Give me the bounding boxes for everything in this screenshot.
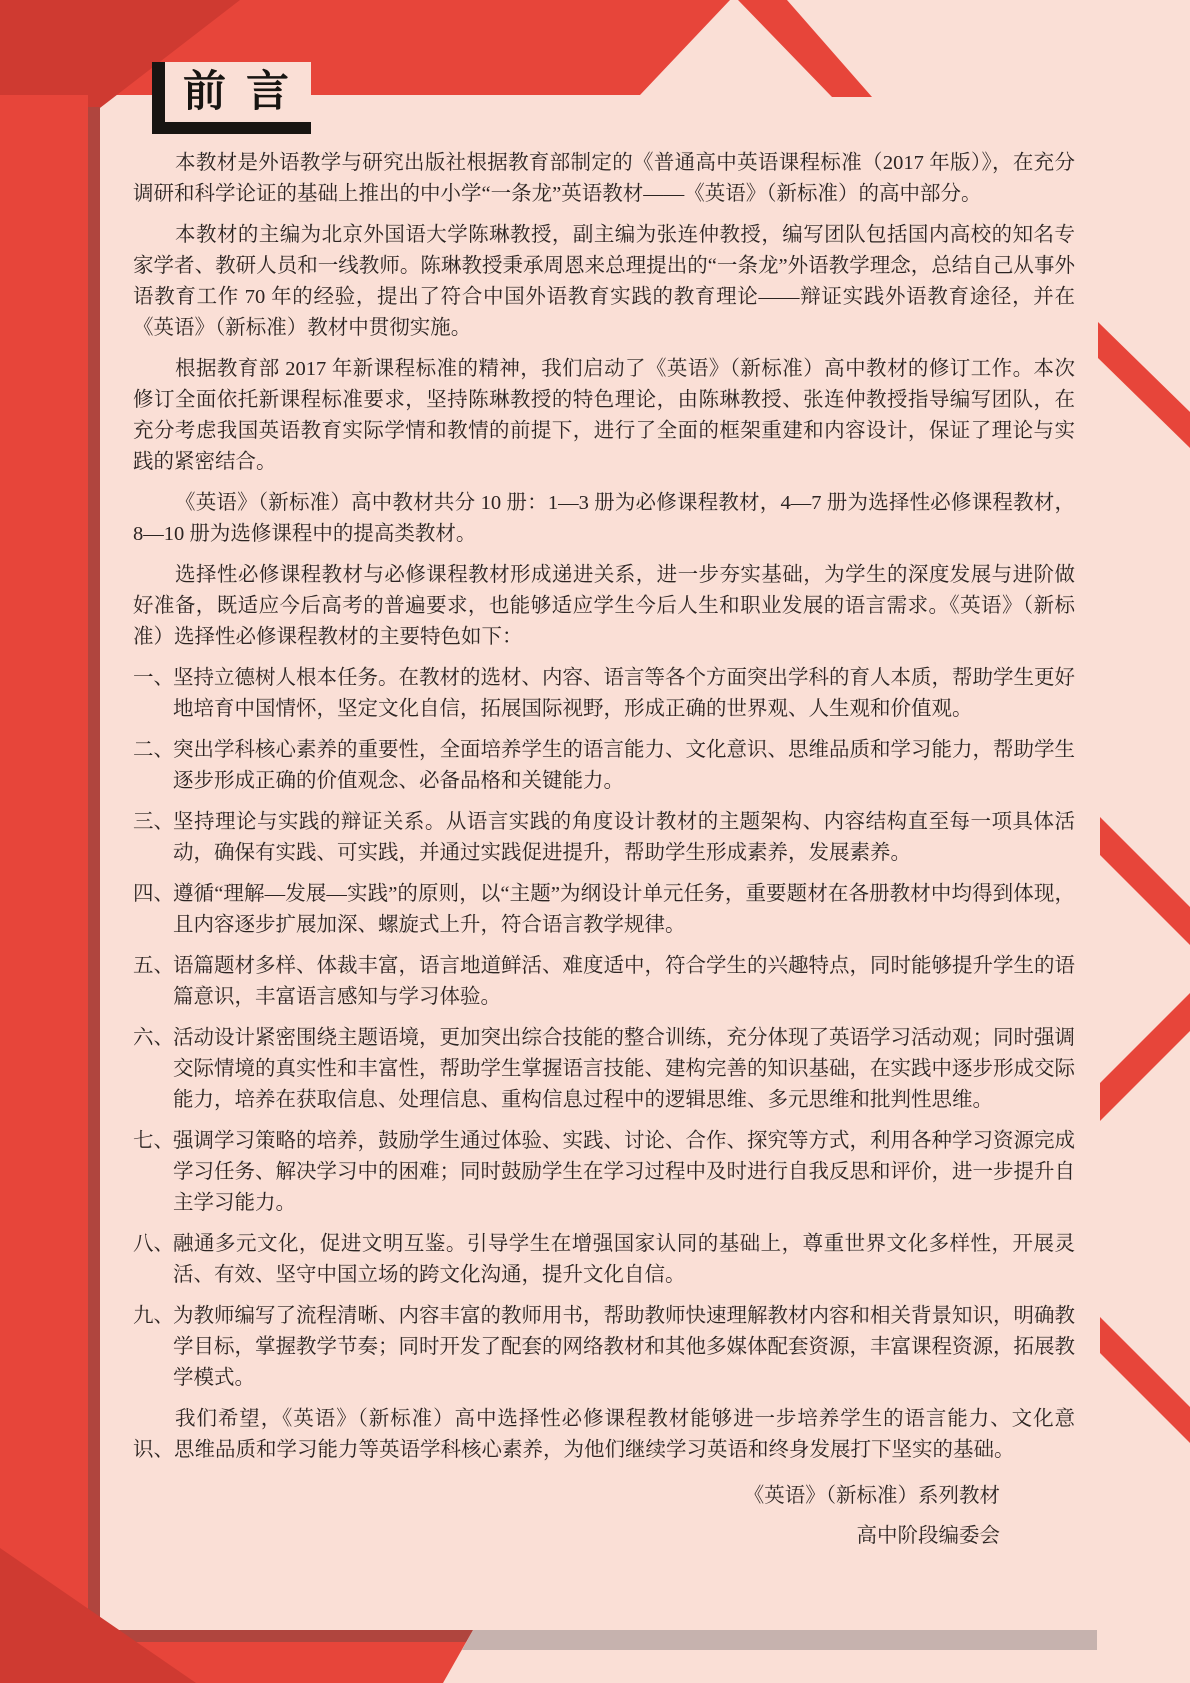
- left-column-shape: [0, 95, 88, 1683]
- left-page-shadow: [88, 107, 100, 1630]
- list-item: 七、 强调学习策略的培养，鼓励学生通过体验、实践、讨论、合作、探究等方式，利用各…: [133, 1126, 1075, 1219]
- list-item-text: 突出学科核心素养的重要性，全面培养学生的语言能力、文化意识、思维品质和学习能力，…: [173, 735, 1075, 797]
- right-stripe-4: [1100, 1317, 1190, 1443]
- list-item-text: 坚持理论与实践的辩证关系。从语言实践的角度设计教材的主题架构、内容结构直至每一项…: [173, 807, 1075, 869]
- list-item-marker: 四、: [133, 879, 173, 941]
- list-item-text: 强调学习策略的培养，鼓励学生通过体验、实践、讨论、合作、探究等方式，利用各种学习…: [173, 1126, 1075, 1219]
- list-item-marker: 七、: [133, 1126, 173, 1219]
- signature-block: 《英语》（新标准）系列教材 高中阶段编委会: [133, 1476, 1075, 1556]
- list-item-marker: 三、: [133, 807, 173, 869]
- paragraph-3: 根据教育部 2017 年新课程标准的精神，我们启动了《英语》（新标准）高中教材的…: [133, 354, 1075, 478]
- list-item-text: 为教师编写了流程清晰、内容丰富的教师用书，帮助教师快速理解教材内容和相关背景知识…: [173, 1301, 1075, 1394]
- list-item-marker: 八、: [133, 1229, 173, 1291]
- page-title: 前 言: [183, 71, 293, 114]
- list-item-marker: 一、: [133, 663, 173, 725]
- bottom-page-shadow-bar: [462, 1630, 1097, 1650]
- list-item: 九、 为教师编写了流程清晰、内容丰富的教师用书，帮助教师快速理解教材内容和相关背…: [133, 1301, 1075, 1394]
- list-item-text: 坚持立德树人根本任务。在教材的选材、内容、语言等各个方面突出学科的育人本质，帮助…: [173, 663, 1075, 725]
- list-item-text: 融通多元文化，促进文明互鉴。引导学生在增强国家认同的基础上，尊重世界文化多样性，…: [173, 1229, 1075, 1291]
- paragraph-5: 选择性必修课程教材与必修课程教材形成递进关系，进一步夯实基础，为学生的深度发展与…: [133, 560, 1075, 653]
- closing-paragraph: 我们希望，《英语》（新标准）高中选择性必修课程教材能够进一步培养学生的语言能力、…: [133, 1404, 1075, 1466]
- list-item: 八、 融通多元文化，促进文明互鉴。引导学生在增强国家认同的基础上，尊重世界文化多…: [133, 1229, 1075, 1291]
- list-item-text: 遵循“理解—发展—实践”的原则，以“主题”为纲设计单元任务，重要题材在各册教材中…: [173, 879, 1075, 941]
- paragraph-2: 本教材的主编为北京外国语大学陈琳教授，副主编为张连仲教授，编写团队包括国内高校的…: [133, 220, 1075, 344]
- signature-line-committee: 高中阶段编委会: [133, 1516, 1000, 1556]
- list-item-marker: 六、: [133, 1023, 173, 1116]
- top-diagonal-stripe: [738, 0, 872, 97]
- list-item-marker: 五、: [133, 951, 173, 1013]
- list-item-text: 活动设计紧密围绕主题语境，更加突出综合技能的整合训练，充分体现了英语学习活动观；…: [173, 1023, 1075, 1116]
- signature-line-series: 《英语》（新标准）系列教材: [133, 1476, 1000, 1516]
- right-stripe-2: [1100, 817, 1190, 945]
- list-item: 二、 突出学科核心素养的重要性，全面培养学生的语言能力、文化意识、思维品质和学习…: [133, 735, 1075, 797]
- list-item-text: 语篇题材多样、体裁丰富，语言地道鲜活、难度适中，符合学生的兴趣特点，同时能够提升…: [173, 951, 1075, 1013]
- paragraph-4: 《英语》（新标准）高中教材共分 10 册：1—3 册为必修课程教材，4—7 册为…: [133, 488, 1075, 550]
- right-stripe-3: [1100, 993, 1190, 1121]
- list-item-marker: 九、: [133, 1301, 173, 1394]
- list-item: 三、 坚持理论与实践的辩证关系。从语言实践的角度设计教材的主题架构、内容结构直至…: [133, 807, 1075, 869]
- paragraph-1: 本教材是外语教学与研究出版社根据教育部制定的《普通高中英语课程标准（2017 年…: [133, 148, 1075, 210]
- list-item: 一、 坚持立德树人根本任务。在教材的选材、内容、语言等各个方面突出学科的育人本质…: [133, 663, 1075, 725]
- preface-content: 本教材是外语教学与研究出版社根据教育部制定的《普通高中英语课程标准（2017 年…: [133, 148, 1075, 1556]
- page-title-box: 前 言: [152, 62, 311, 134]
- list-item: 五、 语篇题材多样、体裁丰富，语言地道鲜活、难度适中，符合学生的兴趣特点，同时能…: [133, 951, 1075, 1013]
- list-item-marker: 二、: [133, 735, 173, 797]
- right-stripe-1: [1098, 322, 1190, 448]
- list-item: 四、 遵循“理解—发展—实践”的原则，以“主题”为纲设计单元任务，重要题材在各册…: [133, 879, 1075, 941]
- list-item: 六、 活动设计紧密围绕主题语境，更加突出综合技能的整合训练，充分体现了英语学习活…: [133, 1023, 1075, 1116]
